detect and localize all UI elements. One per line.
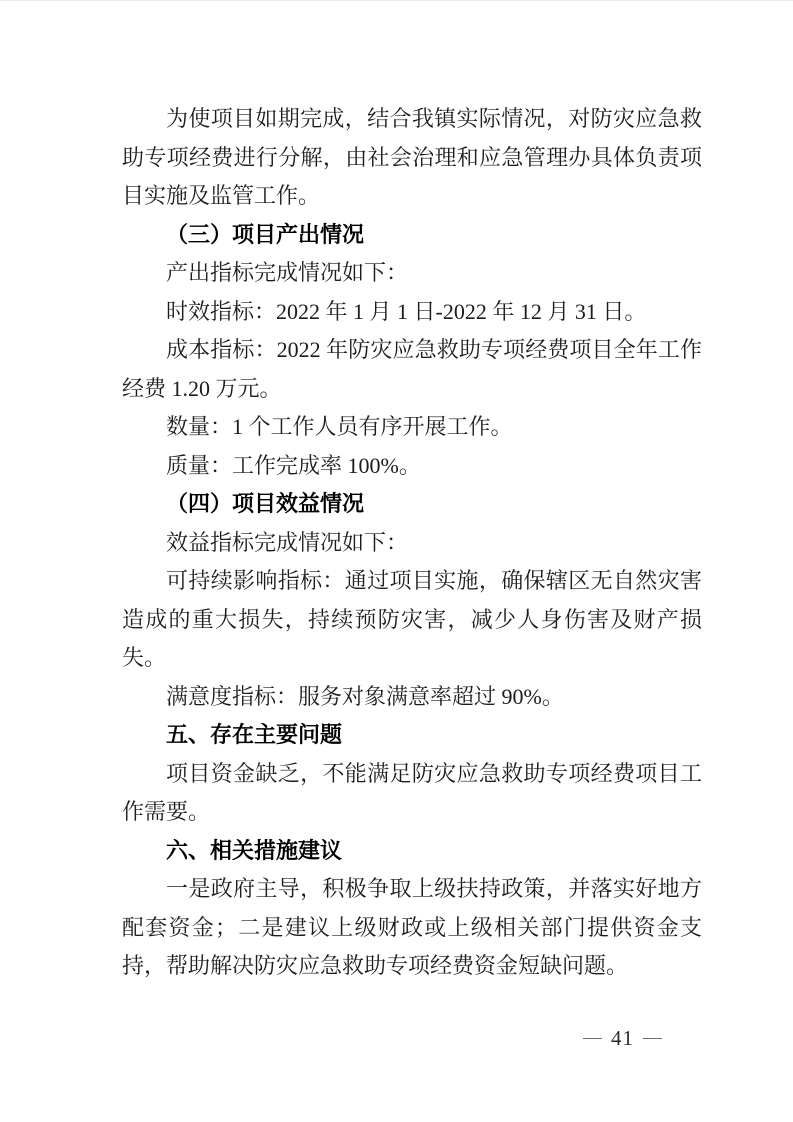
- paragraph-benefit-indicators-intro: 效益指标完成情况如下：: [122, 524, 702, 563]
- paragraph-suggestions-detail: 一是政府主导，积极争取上级扶持政策，并落实好地方配套资金；二是建议上级财政或上级…: [122, 870, 702, 986]
- document-body: 为使项目如期完成，结合我镇实际情况，对防灾应急救助专项经费进行分解，由社会治理和…: [122, 100, 702, 986]
- paragraph-time-indicator: 时效指标：2022 年 1 月 1 日-2022 年 12 月 31 日。: [122, 293, 702, 332]
- page-number: 41: [611, 1026, 634, 1050]
- paragraph-cost-indicator: 成本指标：2022 年防灾应急救助专项经费项目全年工作经费 1.20 万元。: [122, 331, 702, 408]
- heading-section-5-main-problems: 五、存在主要问题: [122, 716, 702, 755]
- page-footer: —41—: [574, 1023, 671, 1055]
- paragraph-quantity-indicator: 数量：1 个工作人员有序开展工作。: [122, 408, 702, 447]
- paragraph-sustainability-indicator: 可持续影响指标：通过项目实施，确保辖区无自然灾害造成的重大损失，持续预防灾害，减…: [122, 562, 702, 678]
- document-page: 为使项目如期完成，结合我镇实际情况，对防灾应急救助专项经费进行分解，由社会治理和…: [0, 0, 793, 1122]
- paragraph-satisfaction-indicator: 满意度指标：服务对象满意率超过 90%。: [122, 678, 702, 717]
- heading-section-4-project-benefit: （四）项目效益情况: [122, 485, 702, 524]
- footer-dash-right: —: [634, 1027, 671, 1048]
- heading-section-3-project-output: （三）项目产出情况: [122, 216, 702, 255]
- footer-dash-left: —: [574, 1027, 611, 1048]
- paragraph-output-indicators-intro: 产出指标完成情况如下：: [122, 254, 702, 293]
- paragraph-quality-indicator: 质量：工作完成率 100%。: [122, 447, 702, 486]
- paragraph-project-implementation: 为使项目如期完成，结合我镇实际情况，对防灾应急救助专项经费进行分解，由社会治理和…: [122, 100, 702, 216]
- heading-section-6-suggestions: 六、相关措施建议: [122, 832, 702, 871]
- paragraph-funding-shortage: 项目资金缺乏，不能满足防灾应急救助专项经费项目工作需要。: [122, 755, 702, 832]
